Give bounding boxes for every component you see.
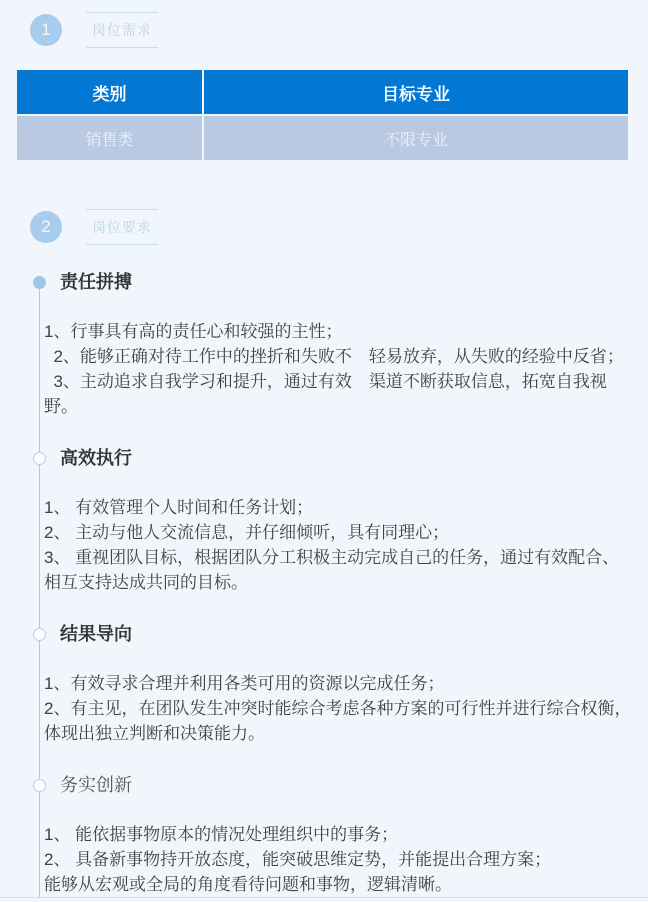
table-row: 销售类 不限专业 xyxy=(17,116,628,160)
requirement-body: 1、 能依据事物原本的情况处理组织中的事务； 2、 具备新事物持开放态度，能突破… xyxy=(44,822,634,897)
requirement-body: 1、有效寻求合理并利用各类可用的资源以完成任务； 2、有主见，在团队发生冲突时能… xyxy=(44,671,634,746)
table-header-category: 类别 xyxy=(17,70,202,114)
section-header-job-demand: 1 岗位需求 xyxy=(0,0,648,48)
table-cell-target-major: 不限专业 xyxy=(204,116,628,160)
section-label: 岗位需求 xyxy=(86,12,158,48)
timeline-filled-dot-icon xyxy=(33,276,46,289)
timeline-hollow-dot-icon xyxy=(33,628,46,641)
requirement-item: 结果导向 1、有效寻求合理并利用各类可用的资源以完成任务； 2、有主见，在团队发… xyxy=(0,623,648,746)
requirement-title: 结果导向 xyxy=(60,623,648,645)
section-header-job-requirements: 2 岗位要求 xyxy=(0,209,648,245)
requirement-title: 责任拼搏 xyxy=(60,271,648,293)
job-demand-table: 类别 目标专业 销售类 不限专业 xyxy=(15,68,630,162)
section-number-badge: 1 xyxy=(30,14,62,46)
section-label: 岗位要求 xyxy=(86,209,158,245)
requirement-item: 务实创新 1、 能依据事物原本的情况处理组织中的事务； 2、 具备新事物持开放态… xyxy=(0,774,648,897)
bottom-divider xyxy=(0,897,648,898)
requirements-timeline: 责任拼搏 1、行事具有高的责任心和较强的主性； 2、能够正确对待工作中的挫折和失… xyxy=(0,271,648,897)
section-number-badge: 2 xyxy=(30,211,62,243)
requirement-item: 责任拼搏 1、行事具有高的责任心和较强的主性； 2、能够正确对待工作中的挫折和失… xyxy=(0,271,648,419)
timeline-hollow-dot-icon xyxy=(33,452,46,465)
table-header-target-major: 目标专业 xyxy=(204,70,628,114)
table-cell-category: 销售类 xyxy=(17,116,202,160)
requirement-title: 高效执行 xyxy=(60,447,648,469)
job-posting-page: 1 岗位需求 类别 目标专业 销售类 不限专业 2 岗位要求 责任拼搏 1、行事… xyxy=(0,0,648,902)
requirement-item: 高效执行 1、 有效管理个人时间和任务计划； 2、 主动与他人交流信息，并仔细倾… xyxy=(0,447,648,595)
requirement-title: 务实创新 xyxy=(60,774,648,796)
requirement-body: 1、行事具有高的责任心和较强的主性； 2、能够正确对待工作中的挫折和失败不 轻易… xyxy=(44,319,634,419)
requirement-body: 1、 有效管理个人时间和任务计划； 2、 主动与他人交流信息，并仔细倾听，具有同… xyxy=(44,495,634,595)
timeline-hollow-dot-icon xyxy=(33,779,46,792)
table-header-row: 类别 目标专业 xyxy=(17,70,628,114)
